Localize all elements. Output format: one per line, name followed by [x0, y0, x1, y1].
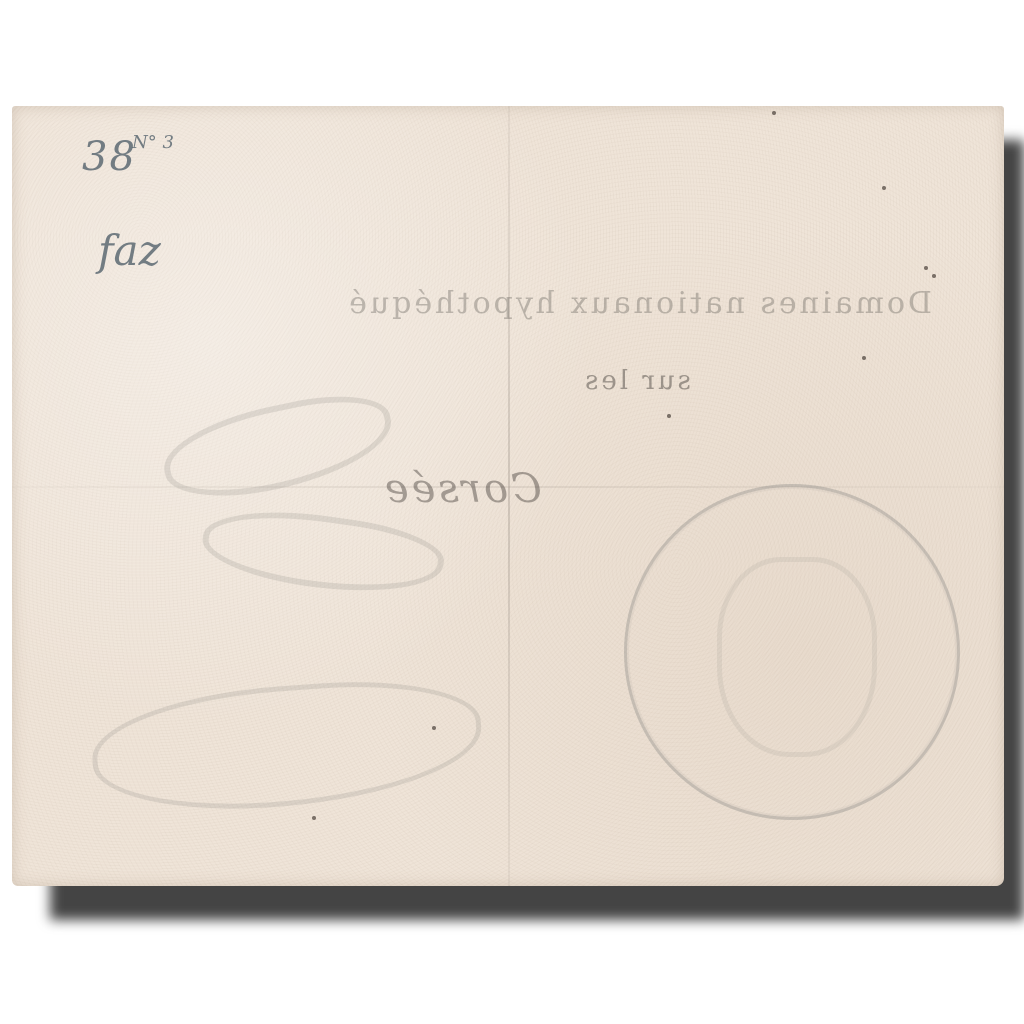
ink-speck	[432, 726, 436, 730]
signature-trace-1	[156, 383, 400, 511]
pencil-number: 38	[82, 134, 137, 180]
signature-trace-3	[88, 673, 485, 820]
show-through-line-3: Corsée	[382, 466, 542, 512]
ink-speck	[924, 266, 928, 270]
pencil-number-suffix: N° 3	[132, 132, 174, 153]
paper-document: 38 N° 3 faz Domaines nationaux hypothéqu…	[12, 106, 1004, 886]
show-through-line-1: Domaines nationaux hypothéqué	[92, 286, 932, 321]
seal-emblem	[717, 557, 877, 757]
signature-trace-2	[198, 500, 448, 605]
show-through-line-2: sur les	[582, 366, 691, 396]
ink-speck	[667, 414, 671, 418]
ink-speck	[312, 816, 316, 820]
ink-speck	[932, 274, 936, 278]
pencil-note: faz	[98, 226, 161, 275]
ink-speck	[862, 356, 866, 360]
circular-seal-stamp	[624, 484, 960, 820]
ink-speck	[882, 186, 886, 190]
ink-speck	[772, 111, 776, 115]
